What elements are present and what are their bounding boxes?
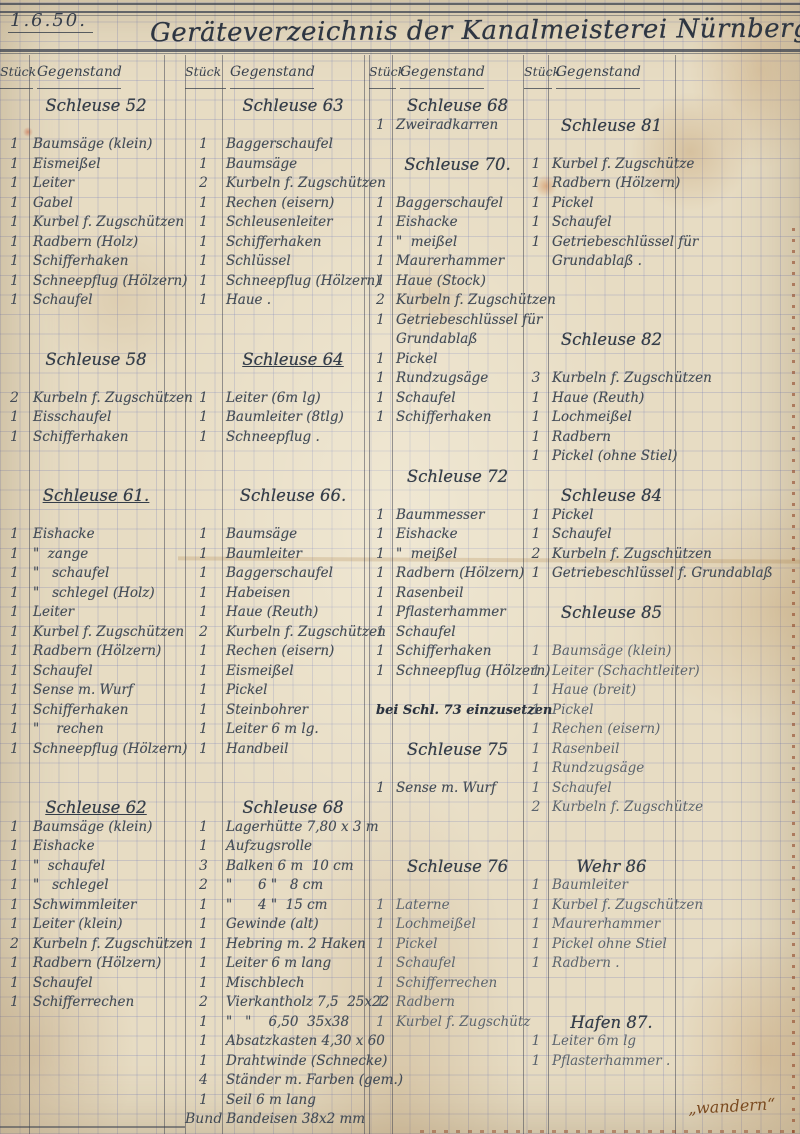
qty-cell: 1: [369, 213, 392, 233]
item-label: Aufzugsrolle: [222, 837, 312, 857]
inventory-row: 1Drahtwinde (Schnecke): [185, 1052, 424, 1072]
item-label: Kurbeln f. Zugschützen: [548, 545, 712, 565]
item-column-header: Gegenstand: [37, 64, 121, 89]
qty-cell: 1: [524, 740, 548, 760]
qty-cell: 1: [0, 681, 29, 701]
inventory-row: 1Radbern (Hölzern): [524, 174, 735, 194]
qty-cell: 1: [0, 915, 29, 935]
item-label: Baggerschaufel: [392, 194, 503, 214]
item-label: Gewinde (alt): [222, 915, 319, 935]
qty-cell: 1: [524, 1052, 548, 1072]
item-label: Kurbeln f. Zugschützen: [548, 369, 712, 389]
section-title: Schleuse 64: [222, 350, 364, 370]
qty-cell: 1: [185, 135, 222, 155]
item-label: " schlegel: [29, 876, 109, 896]
qty-cell: 2: [185, 876, 222, 896]
item-label: Maurerhammer: [392, 252, 504, 272]
qty-cell: 1: [524, 174, 548, 194]
item-label: Schaufel: [29, 662, 93, 682]
item-label: Leiter 6 m lang: [222, 954, 331, 974]
qty-cell: 1: [369, 954, 392, 974]
item-label: Lagerhütte 7,80 x 3 m: [222, 818, 379, 838]
section-title: Schleuse 84: [548, 486, 675, 506]
qty-cell: 1: [0, 252, 29, 272]
item-label: Bandeisen 38x2 mm: [222, 1110, 365, 1130]
qty-cell: 1: [524, 896, 548, 916]
item-label: Rechen (eisern): [548, 720, 660, 740]
item-label: Kurbel f. Zugschütze: [548, 155, 694, 175]
qty-cell: 1: [185, 1013, 222, 1033]
qty-cell: 1: [369, 506, 392, 526]
inventory-row: 1Pickel: [524, 701, 735, 721]
item-label: Steinbohrer: [222, 701, 308, 721]
item-label: Pflasterhammer .: [548, 1052, 670, 1072]
item-label: Schifferrechen: [29, 993, 134, 1013]
item-label: Radbern (Hölzern): [29, 642, 161, 662]
section-title: Schleuse 68: [222, 798, 364, 818]
qty-cell: 1: [0, 876, 29, 896]
item-label: Eismeißel: [29, 155, 101, 175]
item-label: Leiter 6m lg: [548, 1032, 636, 1052]
qty-cell: 1: [0, 545, 29, 565]
qty-cell: 1: [185, 896, 222, 916]
item-label: Baggerschaufel: [222, 564, 333, 584]
item-label: Schaufel: [29, 291, 93, 311]
qty-cell: 1: [185, 662, 222, 682]
page-title: Geräteverzeichnis der Kanalmeisterei Nür…: [150, 14, 790, 48]
item-label: " schaufel: [29, 564, 109, 584]
item-label: " zange: [29, 545, 88, 565]
qty-cell: 1: [185, 194, 222, 214]
qty-cell: 1: [0, 603, 29, 623]
qty-cell: 1: [0, 623, 29, 643]
qty-cell: 1: [185, 954, 222, 974]
item-label: Absatzkasten 4,30 x 60: [222, 1032, 385, 1052]
inventory-row: 1Kurbel f. Zugschütze: [524, 155, 735, 175]
qty-cell: 1: [524, 701, 548, 721]
item-label: " 6 " 8 cm: [222, 876, 323, 896]
item-label: " meißel: [392, 233, 457, 253]
qty-cell: 1: [185, 584, 222, 604]
qty-cell: 1: [369, 896, 392, 916]
inventory-row: 1Haue (breit): [524, 681, 735, 701]
item-label: Schifferrechen: [392, 974, 497, 994]
item-label: Haue (breit): [548, 681, 636, 701]
section-title: Schleuse 70.: [392, 155, 523, 175]
item-label: Lochmeißel: [548, 408, 632, 428]
qty-cell: 1: [185, 935, 222, 955]
inventory-row: 1Seil 6 m lang: [185, 1091, 424, 1111]
item-label: Baumleiter: [548, 876, 628, 896]
qty-cell: 1: [0, 896, 29, 916]
qty-cell: 2: [185, 623, 222, 643]
item-label: Pickel: [548, 506, 593, 526]
item-label: Pickel: [222, 681, 267, 701]
item-label: Kurbeln f. Zugschützen: [222, 623, 386, 643]
qty-cell: 1: [369, 564, 392, 584]
qty-cell: 1: [0, 954, 29, 974]
inventory-row: 1Leiter 6m lg: [524, 1032, 735, 1052]
item-label: Rasenbeil: [548, 740, 619, 760]
qty-cell: 1: [0, 233, 29, 253]
qty-cell: 1: [369, 993, 392, 1013]
qty-cell: 1: [185, 291, 222, 311]
qty-cell: 1: [524, 194, 548, 214]
qty-cell: 1: [185, 564, 222, 584]
section-title: Hafen 87.: [548, 1013, 675, 1033]
item-label: Getriebeschlüssel f. Grundablaß: [548, 564, 773, 584]
item-label: Radbern (Hölzern): [392, 564, 524, 584]
qty-cell: 1: [185, 213, 222, 233]
item-label: Leiter: [29, 603, 74, 623]
qty-cell: 1: [0, 837, 29, 857]
qty-column-header: Stück: [185, 64, 226, 89]
item-label: Schifferhaken: [222, 233, 321, 253]
item-label: Eismeißel: [222, 662, 294, 682]
qty-cell: 1: [369, 408, 392, 428]
item-label: Schleusenleiter: [222, 213, 333, 233]
item-label: Baumsäge (klein): [29, 818, 152, 838]
qty-cell: 1: [369, 603, 392, 623]
inventory-row: 1Pickel: [524, 194, 735, 214]
item-label: " meißel: [392, 545, 457, 565]
item-label: Radbern: [548, 428, 611, 448]
qty-cell: 1: [369, 779, 392, 799]
qty-cell: 1: [369, 623, 392, 643]
item-label: Kurbeln f. Zugschütze: [548, 798, 703, 818]
item-label: Kurbel f. Zugschützen: [29, 623, 184, 643]
qty-cell: 1: [0, 194, 29, 214]
item-label: Leiter (klein): [29, 915, 122, 935]
qty-cell: 1: [0, 174, 29, 194]
qty-cell: 1: [524, 428, 548, 448]
qty-cell: 1: [369, 1013, 392, 1033]
qty-cell: 1: [0, 701, 29, 721]
item-label: Balken 6 m 10 cm: [222, 857, 354, 877]
item-label: Baummesser: [392, 506, 485, 526]
qty-cell: 1: [0, 818, 29, 838]
qty-cell: 1: [369, 974, 392, 994]
item-label: Haue .: [222, 291, 271, 311]
item-label: Mischblech: [222, 974, 305, 994]
inventory-row: 1Maurerhammer: [524, 915, 735, 935]
top-rule-heavy: [0, 11, 800, 13]
item-label: Drahtwinde (Schnecke): [222, 1052, 387, 1072]
section-title: Schleuse 68: [392, 96, 523, 116]
item-label: Pickel: [392, 350, 437, 370]
qty-cell: 1: [0, 740, 29, 760]
inventory-row: 1Pickel ohne Stiel: [524, 935, 735, 955]
section-title: Schleuse 52: [29, 96, 163, 116]
qty-cell: 1: [0, 564, 29, 584]
item-label: Kurbeln f. Zugschützen: [29, 935, 193, 955]
qty-cell: 1: [185, 720, 222, 740]
item-label: Getriebeschlüssel für: [392, 311, 542, 331]
item-label: Sense m. Wurf: [392, 779, 496, 799]
qty-cell: 1: [185, 642, 222, 662]
inventory-row: BundBandeisen 38x2 mm: [185, 1110, 424, 1130]
qty-column-header: Stück: [0, 64, 33, 89]
qty-cell: 1: [524, 954, 548, 974]
item-label: Schaufel: [392, 389, 456, 409]
inventory-row: 2Kurbeln f. Zugschütze: [524, 798, 735, 818]
qty-column-header: Stück: [369, 64, 396, 89]
qty-cell: 1: [185, 603, 222, 623]
item-label: Baggerschaufel: [222, 135, 333, 155]
item-label: Laterne: [392, 896, 450, 916]
item-label: Leiter (Schachtleiter): [548, 662, 700, 682]
qty-cell: 1: [369, 935, 392, 955]
qty-cell: 1: [524, 155, 548, 175]
scanned-inventory-page: { "page": { "date": "1.6.50.", "title": …: [0, 0, 800, 1134]
qty-cell: 1: [524, 564, 548, 584]
item-label: Schneepflug (Hölzern): [29, 740, 187, 760]
qty-cell: 1: [185, 1052, 222, 1072]
inventory-row: 1Getriebeschlüssel für: [524, 233, 735, 253]
item-label: Baumsäge: [222, 155, 297, 175]
item-label: Habeisen: [222, 584, 290, 604]
qty-cell: 1: [524, 935, 548, 955]
qty-cell: 1: [0, 272, 29, 292]
item-label: Seil 6 m lang: [222, 1091, 316, 1111]
inventory-row: 1Schaufel: [524, 213, 735, 233]
inventory-row: 1Schaufel: [524, 779, 735, 799]
qty-cell: 2: [369, 291, 392, 311]
item-label: Baumsäge (klein): [29, 135, 152, 155]
title-underline: [0, 49, 800, 52]
item-label: Schaufel: [392, 954, 456, 974]
inventory-row: 1Absatzkasten 4,30 x 60: [185, 1032, 424, 1052]
qty-cell: 1: [524, 506, 548, 526]
qty-cell: 2: [0, 935, 29, 955]
item-label: Kurbeln f. Zugschützen: [222, 174, 386, 194]
inventory-row: 3Kurbeln f. Zugschützen: [524, 369, 735, 389]
item-label: Pickel: [392, 935, 437, 955]
qty-cell: 3: [185, 857, 222, 877]
item-label: Eishacke: [392, 525, 458, 545]
qty-cell: 1: [369, 584, 392, 604]
qty-cell: 1: [524, 525, 548, 545]
item-label: Leiter (6m lg): [222, 389, 321, 409]
item-label: Rasenbeil: [392, 584, 463, 604]
item-column-header: Gegenstand: [556, 64, 640, 89]
qty-cell: [524, 252, 548, 272]
inventory-row: 1Schaufel: [524, 525, 735, 545]
qty-cell: 1: [369, 272, 392, 292]
inventory-row: 2Kurbeln f. Zugschützen: [524, 545, 735, 565]
qty-cell: 1: [369, 915, 392, 935]
qty-cell: 2: [524, 798, 548, 818]
item-label: Leiter 6 m lg.: [222, 720, 319, 740]
qty-cell: 1: [524, 233, 548, 253]
qty-cell: 1: [0, 525, 29, 545]
item-label: Schaufel: [29, 974, 93, 994]
item-label: Gabel: [29, 194, 73, 214]
qty-cell: 2: [524, 545, 548, 565]
qty-cell: 1: [185, 233, 222, 253]
qty-cell: 4: [185, 1071, 222, 1091]
qty-cell: 1: [0, 291, 29, 311]
inventory-row: 1Rundzugsäge: [524, 759, 735, 779]
qty-cell: 1: [369, 642, 392, 662]
item-label: Kurbel f. Zugschützen: [548, 896, 703, 916]
perforation-right: [792, 228, 795, 1134]
qty-cell: 1: [185, 701, 222, 721]
qty-cell: 1: [185, 252, 222, 272]
item-label: Kurbel f. Zugschützen: [29, 213, 184, 233]
item-label: Kurbeln f. Zugschützen: [29, 389, 193, 409]
item-label: Haue (Reuth): [548, 389, 644, 409]
qty-cell: 1: [185, 837, 222, 857]
date-note: 1.6.50.: [8, 10, 93, 33]
item-label: Haue (Reuth): [222, 603, 318, 623]
qty-cell: 1: [369, 350, 392, 370]
item-label: Schaufel: [392, 623, 456, 643]
item-label: Pflasterhammer: [392, 603, 506, 623]
qty-cell: 2: [185, 993, 222, 1013]
item-label: " schlegel (Holz): [29, 584, 155, 604]
item-label: Pickel: [548, 701, 593, 721]
inventory-row: 1Pickel (ohne Stiel): [524, 447, 735, 467]
qty-cell: 1: [524, 642, 548, 662]
qty-cell: 1: [369, 525, 392, 545]
item-label: " schaufel: [29, 857, 105, 877]
item-label: Schwimmleiter: [29, 896, 136, 916]
inventory-row: 1Leiter (Schachtleiter): [524, 662, 735, 682]
item-label: Baumleiter: [222, 545, 302, 565]
section-title: Schleuse 81: [548, 116, 675, 136]
qty-cell: 1: [369, 369, 392, 389]
qty-cell: 1: [0, 642, 29, 662]
inventory-row: 1Pflasterhammer .: [524, 1052, 735, 1072]
qty-cell: 1: [185, 915, 222, 935]
item-label: Maurerhammer: [548, 915, 660, 935]
qty-cell: 1: [185, 818, 222, 838]
item-label: Handbeil: [222, 740, 288, 760]
qty-cell: 2: [0, 389, 29, 409]
qty-cell: 1: [185, 155, 222, 175]
bottom-edge-line: [0, 1126, 185, 1128]
item-label: Rundzugsäge: [392, 369, 488, 389]
inventory-row: 1Radbern .: [524, 954, 735, 974]
qty-cell: 1: [0, 662, 29, 682]
section-title: Schleuse 76: [392, 857, 523, 877]
qty-cell: 1: [524, 876, 548, 896]
inventory-row: 1Baumleiter: [524, 876, 735, 896]
qty-cell: 1: [185, 272, 222, 292]
qty-cell: 1: [369, 194, 392, 214]
qty-cell: 1: [185, 545, 222, 565]
qty-cell: 1: [369, 311, 392, 331]
qty-cell: 1: [185, 389, 222, 409]
item-label: Baumsäge: [222, 525, 297, 545]
qty-cell: 1: [185, 1032, 222, 1052]
item-label: Pickel ohne Stiel: [548, 935, 667, 955]
item-label: Eishacke: [29, 837, 95, 857]
section-title: Schleuse 58: [29, 350, 163, 370]
item-label: Eisschaufel: [29, 408, 111, 428]
qty-cell: 1: [185, 525, 222, 545]
qty-cell: 1: [369, 545, 392, 565]
qty-cell: 1: [524, 662, 548, 682]
item-label: Kurbel f. Zugschütz: [392, 1013, 530, 1033]
qty-cell: 1: [369, 252, 392, 272]
section-title: Schleuse 85: [548, 603, 675, 623]
inventory-row: 1Pickel: [524, 506, 735, 526]
inventory-row: 1Radbern: [524, 428, 735, 448]
qty-column-header: Stück: [524, 64, 552, 89]
item-label: Rechen (eisern): [222, 642, 334, 662]
item-label: Radbern (Hölzern): [548, 174, 680, 194]
inventory-row: 1Lochmeißel: [524, 408, 735, 428]
qty-cell: 1: [369, 662, 392, 682]
item-label: Grundablaß .: [548, 252, 642, 272]
section-title: Schleuse 61.: [29, 486, 163, 506]
section-title: Schleuse 75: [392, 740, 523, 760]
item-label: Sense m. Wurf: [29, 681, 133, 701]
item-column-header: Gegenstand: [400, 64, 484, 89]
qty-cell: 1: [0, 993, 29, 1013]
inventory-row: 4Ständer m. Farben (gem.): [185, 1071, 424, 1091]
item-label: Radbern (Hölzern): [29, 954, 161, 974]
qty-cell: 1: [0, 857, 29, 877]
item-label: Schneepflug .: [222, 428, 320, 448]
item-label: Pickel (ohne Stiel): [548, 447, 677, 467]
qty-cell: 1: [185, 428, 222, 448]
section-title: Schleuse 66.: [222, 486, 364, 506]
qty-cell: 1: [524, 681, 548, 701]
qty-cell: 1: [185, 408, 222, 428]
inventory-row: 1Kurbel f. Zugschützen: [524, 896, 735, 916]
section-title: Schleuse 82: [548, 330, 675, 350]
inventory-row: 1Baumsäge (klein): [524, 642, 735, 662]
qty-cell: 1: [524, 213, 548, 233]
top-rule: [0, 3, 800, 5]
item-label: Hebring m. 2 Haken: [222, 935, 366, 955]
item-label: Schneepflug (Hölzern): [29, 272, 187, 292]
section-title: Schleuse 62: [29, 798, 163, 818]
item-label: Lochmeißel: [392, 915, 476, 935]
item-label: Schlüssel: [222, 252, 291, 272]
item-label: Baumleiter (8tlg): [222, 408, 344, 428]
qty-cell: 1: [369, 389, 392, 409]
item-label: Schifferhaken: [29, 252, 128, 272]
qty-cell: 1: [524, 1032, 548, 1052]
qty-cell: 1: [369, 233, 392, 253]
section-title: Wehr 86: [548, 857, 675, 877]
qty-cell: 1: [524, 408, 548, 428]
section-title: Schleuse 72: [392, 467, 523, 487]
item-label: " 4 " 15 cm: [222, 896, 327, 916]
qty-cell: Bund: [185, 1110, 222, 1130]
item-column-header: Gegenstand: [230, 64, 314, 89]
qty-cell: 1: [185, 974, 222, 994]
item-label: Schifferhaken: [29, 701, 128, 721]
qty-cell: 3: [524, 369, 548, 389]
qty-cell: 1: [0, 135, 29, 155]
inventory-row: Grundablaß .: [524, 252, 735, 272]
item-label: Eishacke: [392, 213, 458, 233]
item-label: Getriebeschlüssel für: [548, 233, 698, 253]
item-label: Schaufel: [548, 213, 612, 233]
qty-cell: 1: [185, 1091, 222, 1111]
qty-cell: 1: [524, 720, 548, 740]
qty-cell: 2: [185, 174, 222, 194]
item-label: Leiter: [29, 174, 74, 194]
perforation-bottom: [420, 1130, 794, 1133]
item-label: Radbern .: [548, 954, 620, 974]
item-label: Schneepflug (Hölzern): [222, 272, 380, 292]
